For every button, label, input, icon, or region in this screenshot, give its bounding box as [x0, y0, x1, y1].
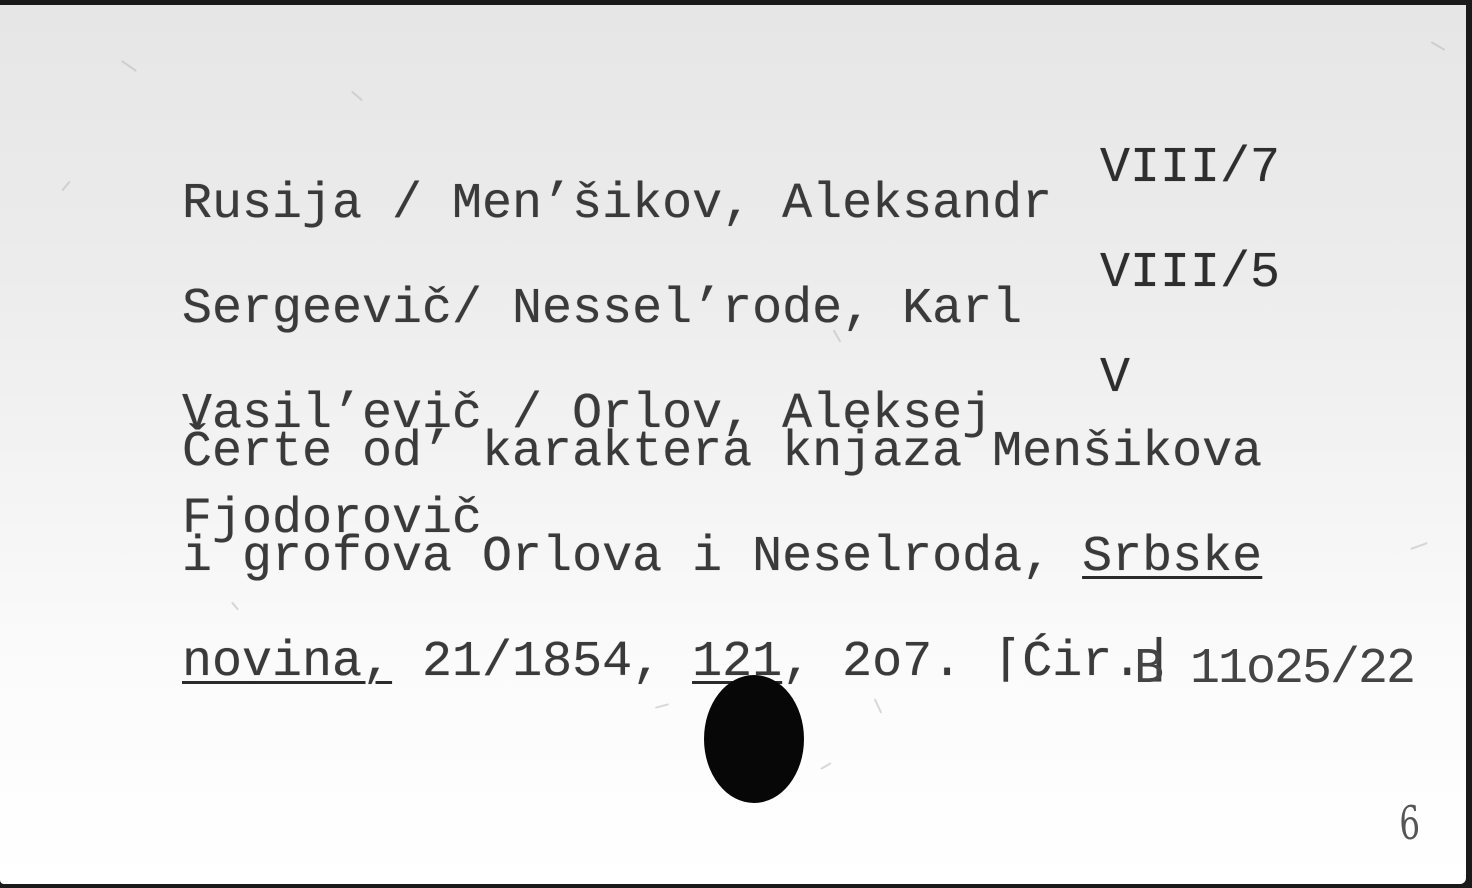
journal-title: Srbske: [1082, 529, 1262, 586]
paper-speck: [61, 181, 70, 191]
heading-line: Sergeevič/ Nessel’rode, Karl: [182, 292, 1052, 327]
paper-speck: [121, 60, 137, 72]
paper-speck: [351, 91, 363, 102]
paper-speck: [1410, 542, 1428, 550]
issue-info: 21/1854,: [392, 634, 692, 691]
shelf-mark: VIII/7: [1100, 151, 1280, 186]
handwritten-card-number: 6: [1398, 795, 1421, 851]
heading-line: Rusija / Men’šikov, Aleksandr: [182, 187, 1052, 222]
paper-speck: [1431, 41, 1446, 51]
journal-title-cont: novina,: [182, 634, 392, 691]
catalog-card: VIII/7 VIII/5 V Rusija / Men’šikov, Alek…: [0, 5, 1466, 884]
punch-hole: [704, 675, 804, 803]
shelf-mark: VIII/5: [1100, 256, 1280, 291]
page-and-script: , 2o7. ⌈Ćir.⌋: [782, 634, 1172, 691]
call-number: B 11o25/22: [1134, 645, 1414, 695]
citation-line-2: i grofova Orlova i Neselroda, Srbske: [182, 540, 1262, 575]
citation-line-1: Čerte od’ karaktera knjaza Menšikova: [182, 435, 1262, 470]
citation-line-3: novina, 21/1854, 121, 2o7. ⌈Ćir.⌋: [182, 645, 1262, 680]
citation-text: i grofova Orlova i Neselroda,: [182, 529, 1082, 586]
paper-speck: [820, 762, 831, 770]
